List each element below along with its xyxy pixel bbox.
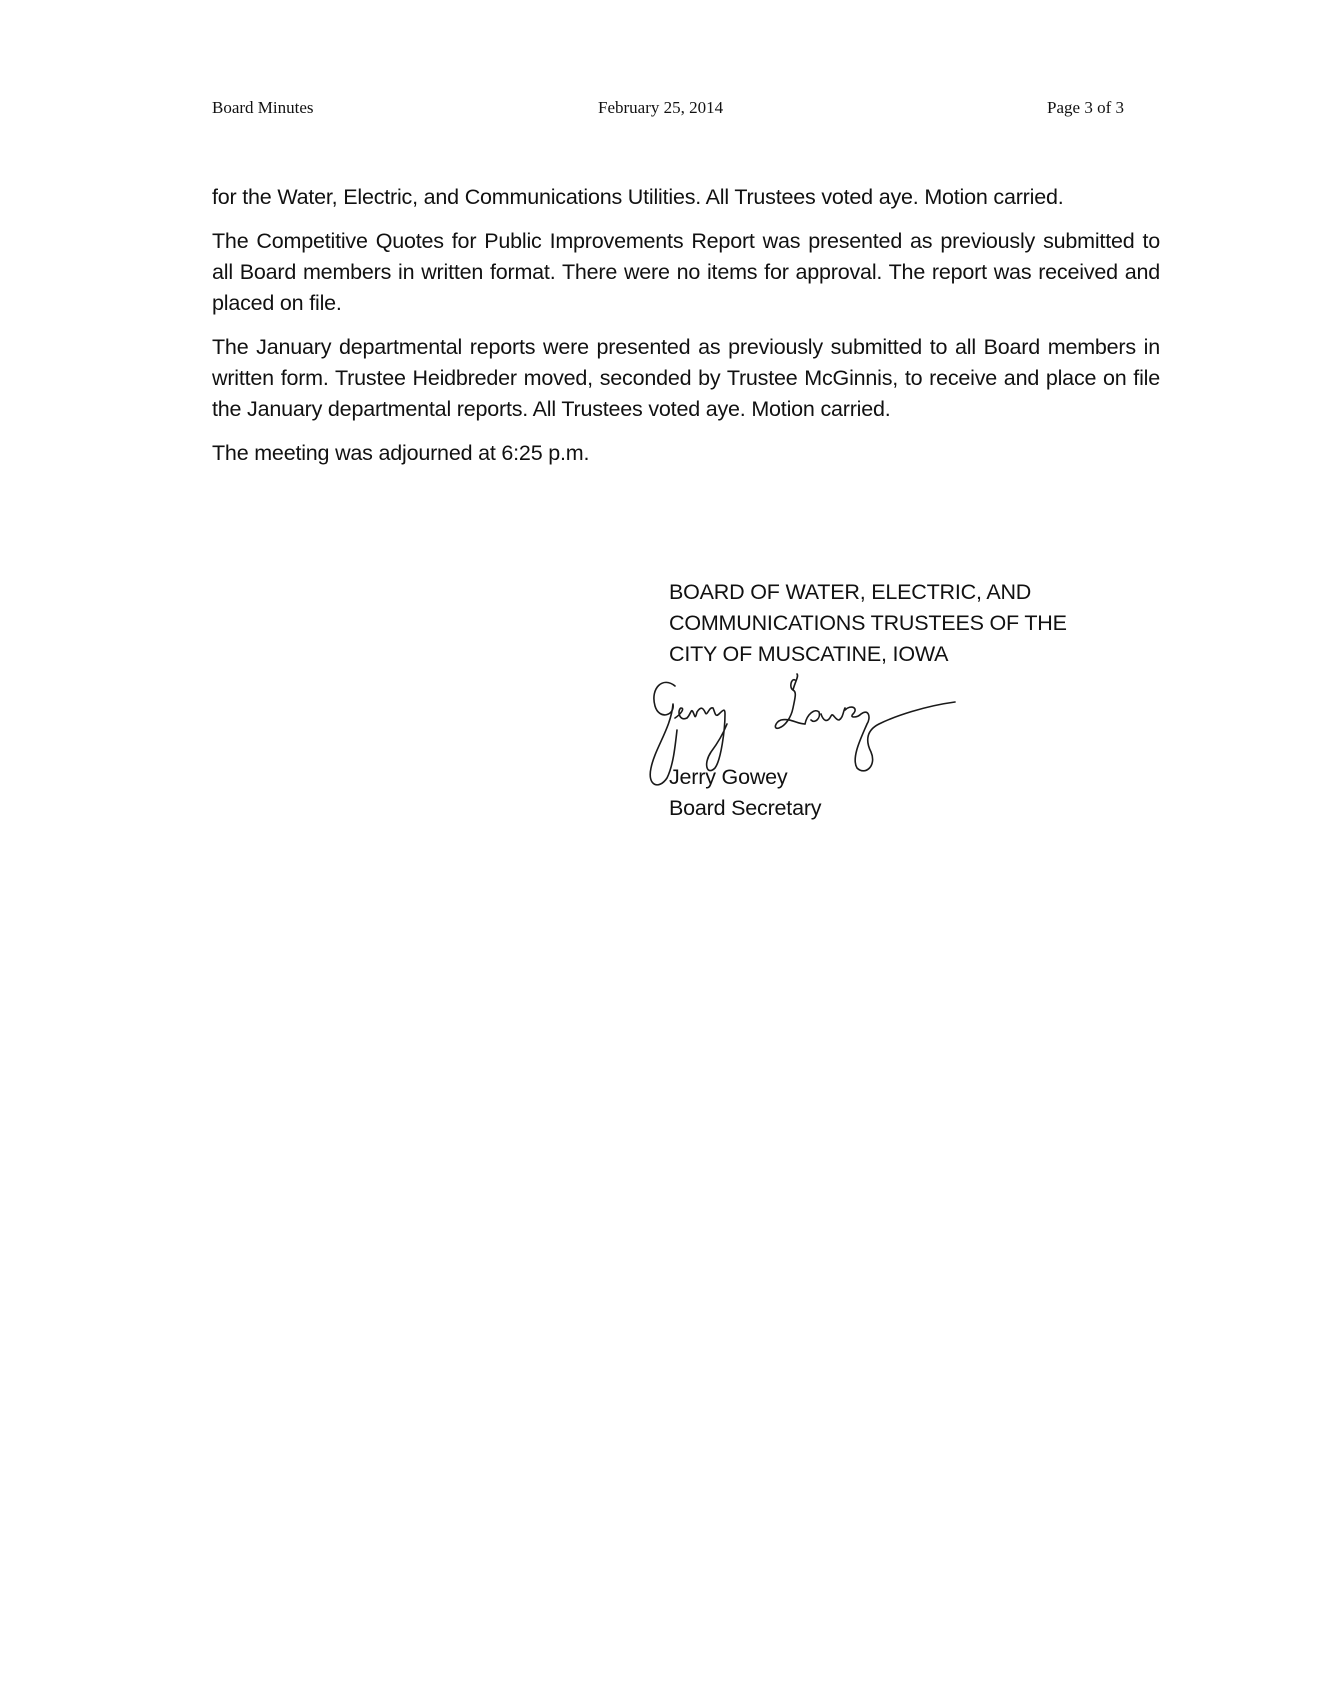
header-date: February 25, 2014 bbox=[598, 98, 723, 118]
minutes-body: for the Water, Electric, and Communicati… bbox=[212, 182, 1160, 482]
org-line: CITY OF MUSCATINE, IOWA bbox=[669, 639, 1067, 670]
paragraph-adjournment: The meeting was adjourned at 6:25 p.m. bbox=[212, 438, 1160, 469]
page-header: Board Minutes February 25, 2014 Page 3 o… bbox=[212, 98, 1124, 122]
signer-info: Jerry Gowey Board Secretary bbox=[669, 762, 821, 824]
paragraph-motion-carried: for the Water, Electric, and Communicati… bbox=[212, 182, 1160, 213]
header-doc-title: Board Minutes bbox=[212, 98, 314, 118]
header-page-number: Page 3 of 3 bbox=[1047, 98, 1124, 118]
signature-block-organization: BOARD OF WATER, ELECTRIC, AND COMMUNICAT… bbox=[669, 577, 1067, 670]
org-line: BOARD OF WATER, ELECTRIC, AND bbox=[669, 577, 1067, 608]
signer-name: Jerry Gowey bbox=[669, 762, 821, 793]
paragraph-competitive-quotes: The Competitive Quotes for Public Improv… bbox=[212, 226, 1160, 319]
paragraph-departmental-reports: The January departmental reports were pr… bbox=[212, 332, 1160, 425]
org-line: COMMUNICATIONS TRUSTEES OF THE bbox=[669, 608, 1067, 639]
signer-title: Board Secretary bbox=[669, 793, 821, 824]
